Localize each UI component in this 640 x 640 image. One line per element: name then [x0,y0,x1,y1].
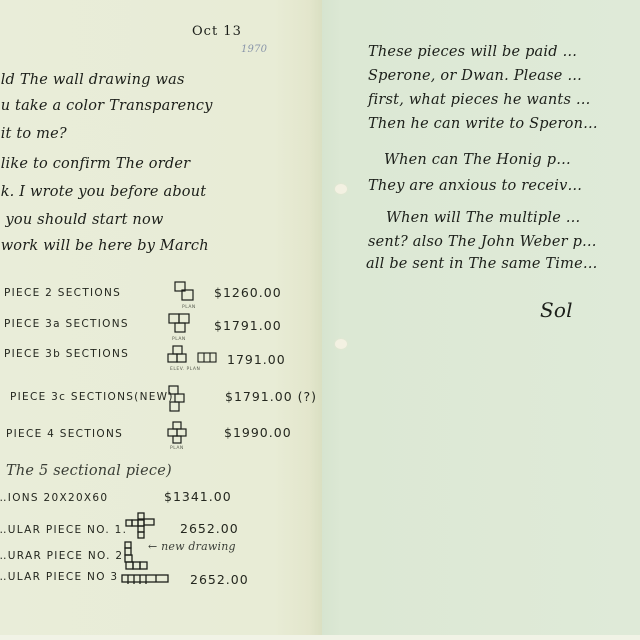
year-annotation: 1970 [241,44,267,55]
text-line: …ld The wall drawing was [0,72,185,88]
item-price: $1791.00 [214,318,282,333]
text-line: …k. I wrote you before about [0,184,206,200]
new-drawing-annotation: ← new drawing [148,540,236,553]
item-price: $1791.00 (?) [225,389,317,404]
text-line: first, what pieces he wants … [368,92,591,108]
item-description: …IONS 20X20X60 [0,492,108,504]
text-line: When will The multiple … [386,210,581,226]
item-description: PIECE 4 SECTIONS [6,428,123,440]
item-description: …ULAR PIECE NO. 1. [0,524,127,536]
item-description: …ULAR PIECE NO 3 [0,571,118,583]
sketch-label: PLAN [182,305,196,310]
text-line: Sperone, or Dwan. Please … [368,68,582,84]
text-line: …work will be here by March [0,238,209,254]
three-square-tee-sketch [168,313,192,335]
item-price: $1341.00 [164,489,232,504]
item-price: $1990.00 [224,425,292,440]
item-description: PIECE 2 SECTIONS [4,287,121,299]
sectional-piece-note: The 5 sectional piece) [6,463,172,479]
sketch-label: ELEV. PLAN [170,367,200,372]
letter-date: Oct 13 [192,24,242,39]
page-bottom-edge [0,635,640,640]
text-line: …like to confirm The order [0,156,190,172]
sketch-label: PLAN [172,337,186,342]
text-line: sent? also The John Weber p… [368,234,597,250]
text-line: When can The Honig p… [384,152,571,168]
item-price: 1791.00 [227,352,286,367]
l-grid-sketch [123,541,151,571]
row-grid-sketch [120,573,170,585]
left-page: Oct 13 1970 …ld The wall drawing was …u … [0,0,322,640]
row-plan-sketch [197,352,217,364]
item-price: 2652.00 [180,521,239,536]
four-square-cross-sketch [167,421,187,445]
text-line: …u take a color Transparency [0,98,213,114]
punch-hole [335,339,347,349]
item-description: …URAR PIECE NO. 2 [0,550,123,562]
text-line: … you should start now [0,212,164,228]
sketch-label: PLAN [170,446,184,451]
item-price: $1260.00 [214,285,282,300]
stacked-elevation-sketch [167,345,189,365]
text-line: Then he can write to Speron… [368,116,598,132]
item-description: PIECE 3a SECTIONS [4,318,129,330]
text-line: all be sent in The same Time… [366,256,598,272]
punch-hole [335,184,347,194]
item-description: PIECE 3b SECTIONS [4,348,129,360]
text-line: These pieces will be paid … [368,44,577,60]
text-line: …it to me? [0,126,67,142]
text-line: They are anxious to receiv… [368,178,582,194]
item-description: PIECE 3c SECTIONS(NEW) [10,391,174,403]
two-offset-squares-sketch [174,281,196,303]
item-price: 2652.00 [190,572,249,587]
signature: Sol [540,298,573,322]
right-page: These pieces will be paid … Sperone, or … [322,0,640,640]
cross-grid-sketch [124,512,158,540]
three-square-zigzag-sketch [167,385,187,415]
